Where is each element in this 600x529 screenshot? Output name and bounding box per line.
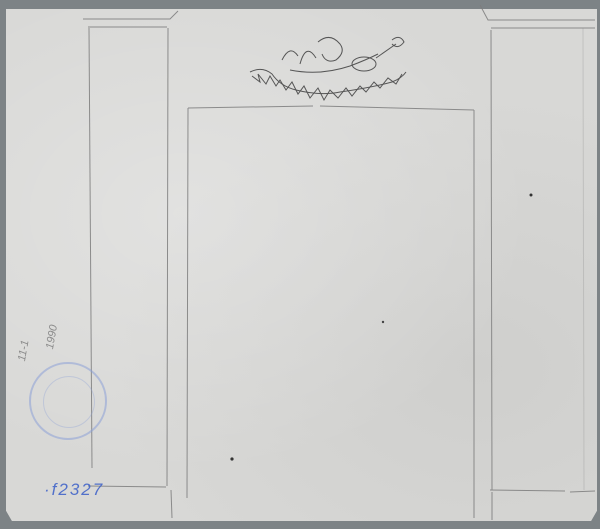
center-panel-top bbox=[188, 106, 474, 110]
frame-sketch bbox=[0, 0, 600, 529]
inventory-number: ·f2327 bbox=[44, 480, 104, 500]
stamp-inner-ring bbox=[43, 376, 95, 428]
right-pilaster-top bbox=[480, 5, 595, 20]
collection-stamp-icon bbox=[29, 362, 107, 440]
left-pilaster-top bbox=[83, 11, 178, 19]
ornament-figure bbox=[250, 37, 406, 100]
